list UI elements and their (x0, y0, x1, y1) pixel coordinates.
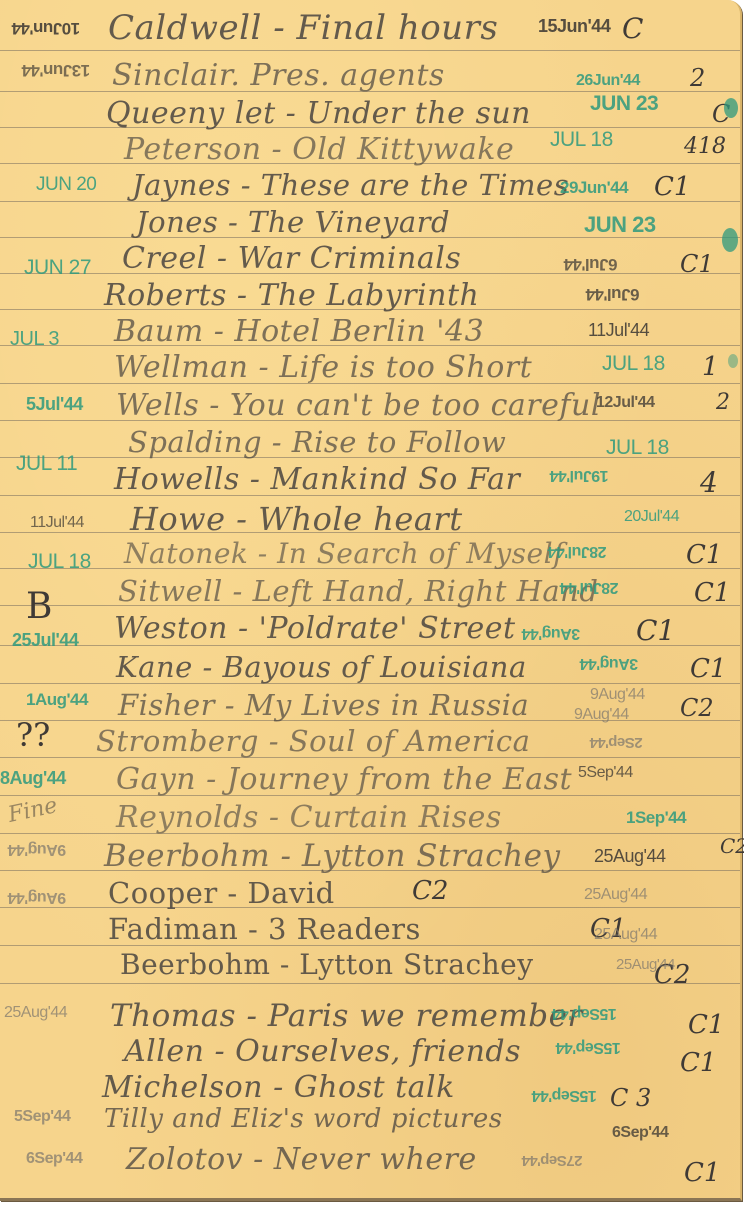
date-stamp: 11Jul'44 (30, 514, 84, 532)
entry-22: Reynolds - Curtain Rises (116, 800, 502, 835)
date-stamp: 9Aug'44 (8, 888, 66, 906)
entry-9: Baum - Hotel Berlin '43 (114, 314, 484, 349)
date-stamp: JUN 20 (36, 174, 96, 196)
entry-18: Kane - Bayous of Louisiana (116, 650, 527, 684)
margin-note-b: B (26, 586, 52, 627)
entry-code: 4 (700, 466, 718, 499)
date-stamp: 25Aug'44 (584, 886, 647, 904)
entry-code: C1 (680, 250, 714, 278)
entry-26: Beerbohm - Lytton Strachey (120, 948, 534, 981)
date-stamp: JUN 23 (584, 212, 656, 238)
date-stamp: 29Jun'44 (560, 178, 628, 198)
date-stamp: 25Aug'44 (616, 956, 675, 973)
date-stamp: 9Aug'44 (574, 706, 629, 724)
entry-code: 1 (702, 352, 719, 382)
entry-3: Queeny let - Under the sun (106, 96, 531, 131)
entry-29: Michelson - Ghost talk (102, 1070, 455, 1105)
entry-5: Jaynes - These are the Times (132, 168, 569, 202)
entry-14: Howe - Whole heart (130, 500, 463, 538)
entry-20: Stromberg - Soul of America (96, 724, 530, 758)
date-stamp: 5Sep'44 (578, 764, 633, 782)
date-stamp: 15Sep'44 (552, 1004, 617, 1022)
date-stamp: 12Jul'44 (596, 394, 655, 412)
date-stamp: JUL 11 (16, 452, 77, 476)
entry-6: Jones - The Vineyard (136, 205, 450, 239)
date-stamp: 15Sep'44 (556, 1038, 621, 1056)
date-stamp: 5Sep'44 (14, 1108, 70, 1126)
date-stamp: 28Jul'44 (548, 542, 607, 560)
date-stamp: JUL 18 (602, 352, 665, 376)
date-stamp: 6Sep'44 (26, 1150, 82, 1168)
entry-code: C2 (412, 876, 448, 906)
entry-24: Cooper - David (108, 876, 335, 910)
date-stamp: 19Jul'44 (550, 466, 609, 484)
date-stamp: JUL 18 (28, 550, 91, 574)
entry-19: Fisher - My Lives in Russia (118, 688, 529, 722)
entry-11: Wells - You can't be too careful (116, 388, 601, 423)
entry-code: C (622, 12, 643, 45)
ruled-line (0, 50, 740, 51)
entry-code: C1 (654, 172, 690, 202)
entry-31: Zolotov - Never where (126, 1142, 477, 1177)
date-stamp: 15Jun'44 (538, 16, 610, 37)
date-stamp: JUL 3 (10, 328, 59, 351)
entry-16: Sitwell - Left Hand, Right Hand (118, 574, 598, 608)
entry-code: C1 (694, 578, 730, 608)
entry-code: C1 (684, 1158, 720, 1188)
entry-4: Peterson - Old Kittywake (124, 132, 514, 167)
date-stamp: 26Jun'44 (576, 72, 640, 90)
library-card: Caldwell - Final hours Sinclair. Pres. a… (0, 0, 742, 1201)
entry-28: Allen - Ourselves, friends (124, 1034, 521, 1069)
ink-smudge (722, 228, 738, 252)
entry-15: Natonek - In Search of Myself (124, 537, 564, 570)
entry-code: 2 (690, 64, 705, 92)
entry-code: C2 (720, 834, 744, 858)
date-stamp: 10Jun'44 (12, 18, 80, 38)
entry-12: Spalding - Rise to Follow (128, 425, 506, 459)
date-stamp: 6Jul'44 (586, 284, 639, 304)
entry-25: Fadiman - 3 Readers (108, 912, 421, 946)
date-stamp: 20Jul'44 (624, 508, 679, 526)
date-stamp: JUL 18 (606, 436, 669, 460)
entry-code: C1 (636, 614, 675, 647)
date-stamp: 28Jul'44 (560, 578, 619, 596)
date-stamp: 8Aug'44 (0, 768, 66, 789)
date-stamp: 15Sep'44 (532, 1086, 597, 1104)
margin-note-fine: Fine (6, 793, 60, 828)
entry-code: C1 (680, 1048, 716, 1078)
date-stamp: 3Aug'44 (522, 624, 580, 642)
date-stamp: 5Jul'44 (26, 394, 83, 415)
date-stamp: 25Jul'44 (12, 630, 78, 651)
entry-23: Beerbohm - Lytton Strachey (104, 838, 560, 874)
ink-smudge (724, 98, 738, 118)
entry-8: Roberts - The Labyrinth (104, 278, 479, 313)
date-stamp: 25Aug'44 (594, 926, 657, 944)
date-stamp: JUN 27 (24, 256, 91, 280)
date-stamp: JUL 18 (550, 128, 613, 152)
entry-21: Gayn - Journey from the East (116, 762, 572, 797)
entry-code: C2 (680, 694, 714, 722)
date-stamp: 9Aug'44 (8, 840, 66, 858)
entry-code: C1 (688, 1010, 724, 1040)
entry-code: C1 (690, 654, 726, 684)
date-stamp: 6Jul'44 (564, 254, 617, 274)
entry-code: C1 (686, 540, 722, 570)
entry-7: Creel - War Criminals (122, 241, 461, 276)
date-stamp: 25Aug'44 (594, 846, 666, 867)
entry-code: 2 (716, 390, 730, 415)
date-stamp: 2Sep'44 (590, 734, 643, 751)
entry-13: Howells - Mankind So Far (114, 462, 520, 497)
entry-2: Sinclair. Pres. agents (112, 58, 445, 93)
date-stamp: 3Aug'44 (580, 654, 638, 672)
date-stamp: 13Jun'44 (22, 60, 90, 80)
entry-27: Thomas - Paris we remember (110, 998, 583, 1034)
ink-smudge (728, 354, 738, 368)
margin-note-question: ?? (16, 716, 50, 754)
date-stamp: 11Jul'44 (588, 320, 649, 341)
date-stamp: 6Sep'44 (612, 1124, 668, 1142)
entry-1: Caldwell - Final hours (108, 8, 498, 48)
ruled-line (0, 983, 740, 984)
entry-17: Weston - 'Poldrate' Street (114, 611, 516, 646)
date-stamp: 25Aug'44 (4, 1004, 67, 1022)
date-stamp: 1Aug'44 (26, 690, 88, 710)
entry-10: Wellman - Life is too Short (114, 350, 532, 385)
date-stamp: 1Sep'44 (626, 808, 686, 828)
date-stamp: 27Sep'44 (522, 1152, 582, 1169)
entry-code: C 3 (610, 1084, 651, 1112)
entry-code: 418 (684, 134, 726, 159)
entry-30: Tilly and Eliz's word pictures (104, 1104, 503, 1134)
date-stamp: JUN 23 (590, 92, 658, 116)
date-stamp: 9Aug'44 (590, 686, 645, 704)
